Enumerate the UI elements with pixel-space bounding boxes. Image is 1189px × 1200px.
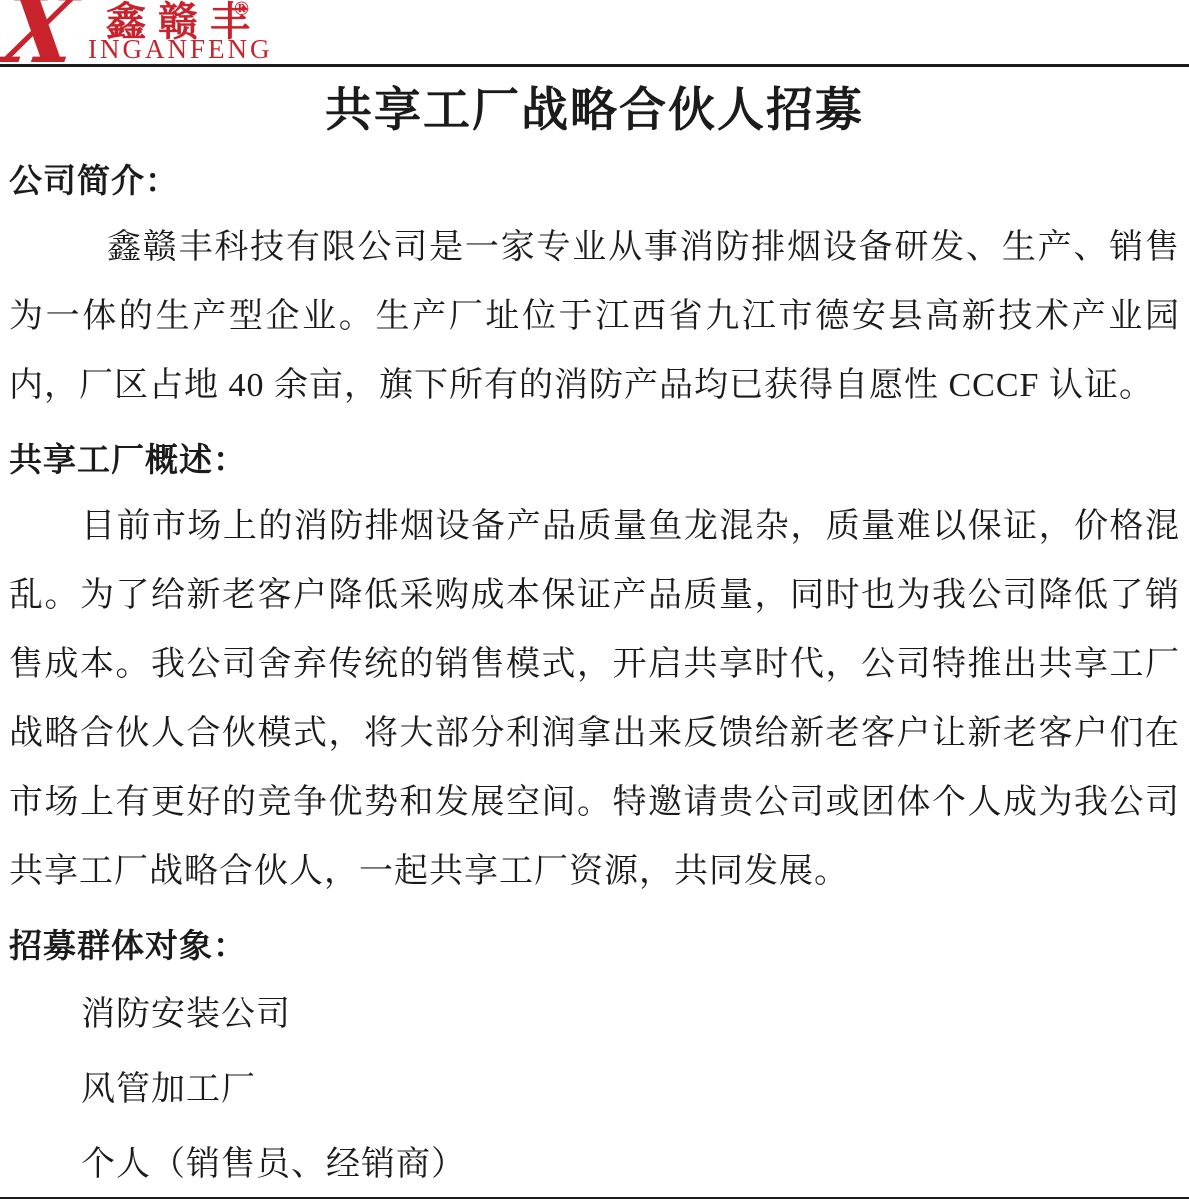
company-logo: X 鑫赣丰 ® INGANFENG bbox=[0, 0, 300, 64]
section-heading-company-intro: 公司简介： bbox=[9, 158, 1180, 206]
document-title: 共享工厂战略合伙人招募 bbox=[9, 81, 1180, 141]
paragraph-company-intro: 鑫赣丰科技有限公司是一家专业从事消防排烟设备研发、生产、销售为一体的生产型企业。… bbox=[9, 213, 1180, 420]
recruit-target-list: 消防安装公司 风管加工厂 个人（销售员、经销商） bbox=[9, 977, 1180, 1200]
list-item: 风管加工厂 bbox=[9, 1052, 1180, 1127]
section-heading-factory-overview: 共享工厂概述： bbox=[9, 437, 1180, 485]
paragraph-factory-overview: 目前市场上的消防排烟设备产品质量鱼龙混杂，质量难以保证，价格混乱。为了给新老客户… bbox=[9, 492, 1180, 906]
registered-trademark-icon: ® bbox=[234, 0, 249, 21]
logo-x-glyph: X bbox=[0, 0, 82, 76]
list-item: 消防安装公司 bbox=[9, 977, 1180, 1052]
logo-english-name: INGANFENG bbox=[88, 36, 273, 63]
footer-rule bbox=[0, 1197, 1189, 1199]
section-heading-recruit-targets: 招募群体对象： bbox=[9, 923, 1180, 971]
document-body: 共享工厂战略合伙人招募 公司简介： 鑫赣丰科技有限公司是一家专业从事消防排烟设备… bbox=[0, 81, 1189, 1200]
document-page: X 鑫赣丰 ® INGANFENG 共享工厂战略合伙人招募 公司简介： 鑫赣丰科… bbox=[0, 0, 1189, 1200]
letterhead: X 鑫赣丰 ® INGANFENG bbox=[0, 0, 1189, 67]
list-item: 个人（销售员、经销商） bbox=[9, 1127, 1180, 1200]
